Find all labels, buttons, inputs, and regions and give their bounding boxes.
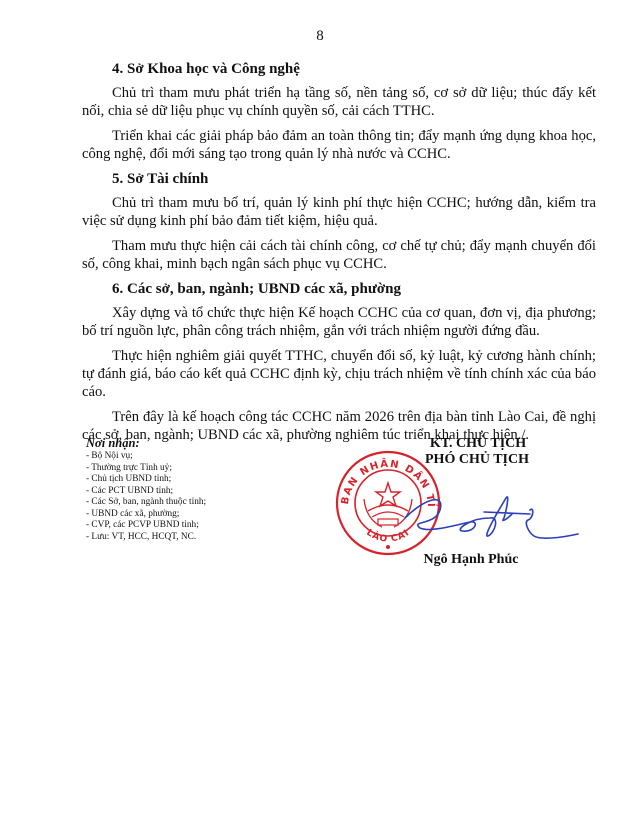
document-body: 4. Sở Khoa học và Công nghệ Chủ trì tham… — [82, 60, 596, 451]
paragraph: Chủ trì tham mưu bố trí, quản lý kinh ph… — [82, 194, 596, 230]
recipient-item: - CVP, các PCVP UBND tỉnh; — [86, 520, 306, 532]
recipient-item: - Thường trực Tỉnh uỷ; — [86, 463, 306, 475]
recipient-item: - Các PCT UBND tỉnh; — [86, 486, 306, 498]
signature-title-line2: PHÓ CHỦ TỊCH — [342, 452, 612, 468]
section-finance: 5. Sở Tài chính Chủ trì tham mưu bố trí,… — [82, 170, 596, 273]
section-heading: 5. Sở Tài chính — [112, 170, 596, 189]
paragraph: Xây dựng và tổ chức thực hiện Kế hoạch C… — [82, 304, 596, 340]
signer-name: Ngô Hạnh Phúc — [336, 552, 606, 568]
paragraph: Triển khai các giải pháp bảo đảm an toàn… — [82, 127, 596, 163]
recipient-item: - Lưu: VT, HCC, HCQT, NC. — [86, 532, 306, 544]
recipients-block: Nơi nhận: - Bộ Nội vụ; - Thường trực Tỉn… — [86, 436, 306, 543]
recipients-title: Nơi nhận: — [86, 436, 306, 450]
section-science-technology: 4. Sở Khoa học và Công nghệ Chủ trì tham… — [82, 60, 596, 163]
paragraph: Chủ trì tham mưu phát triển hạ tầng số, … — [82, 84, 596, 120]
paragraph: Thực hiện nghiêm giải quyết TTHC, chuyển… — [82, 347, 596, 401]
recipient-item: - Các Sở, ban, ngành thuộc tỉnh; — [86, 497, 306, 509]
recipient-item: - UBND các xã, phường; — [86, 509, 306, 521]
signature-title-line1: KT. CHỦ TỊCH — [343, 436, 613, 452]
section-heading: 4. Sở Khoa học và Công nghệ — [112, 60, 596, 79]
page-number: 8 — [0, 28, 640, 45]
recipient-item: - Bộ Nội vụ; — [86, 451, 306, 463]
recipient-item: - Chủ tịch UBND tỉnh; — [86, 474, 306, 486]
section-heading: 6. Các sở, ban, ngành; UBND các xã, phườ… — [112, 280, 596, 299]
section-departments-communes: 6. Các sở, ban, ngành; UBND các xã, phườ… — [82, 280, 596, 401]
recipients-list: - Bộ Nội vụ; - Thường trực Tỉnh uỷ; - Ch… — [86, 451, 306, 543]
handwritten-signature-icon — [400, 488, 580, 548]
paragraph: Tham mưu thực hiện cải cách tài chính cô… — [82, 237, 596, 273]
